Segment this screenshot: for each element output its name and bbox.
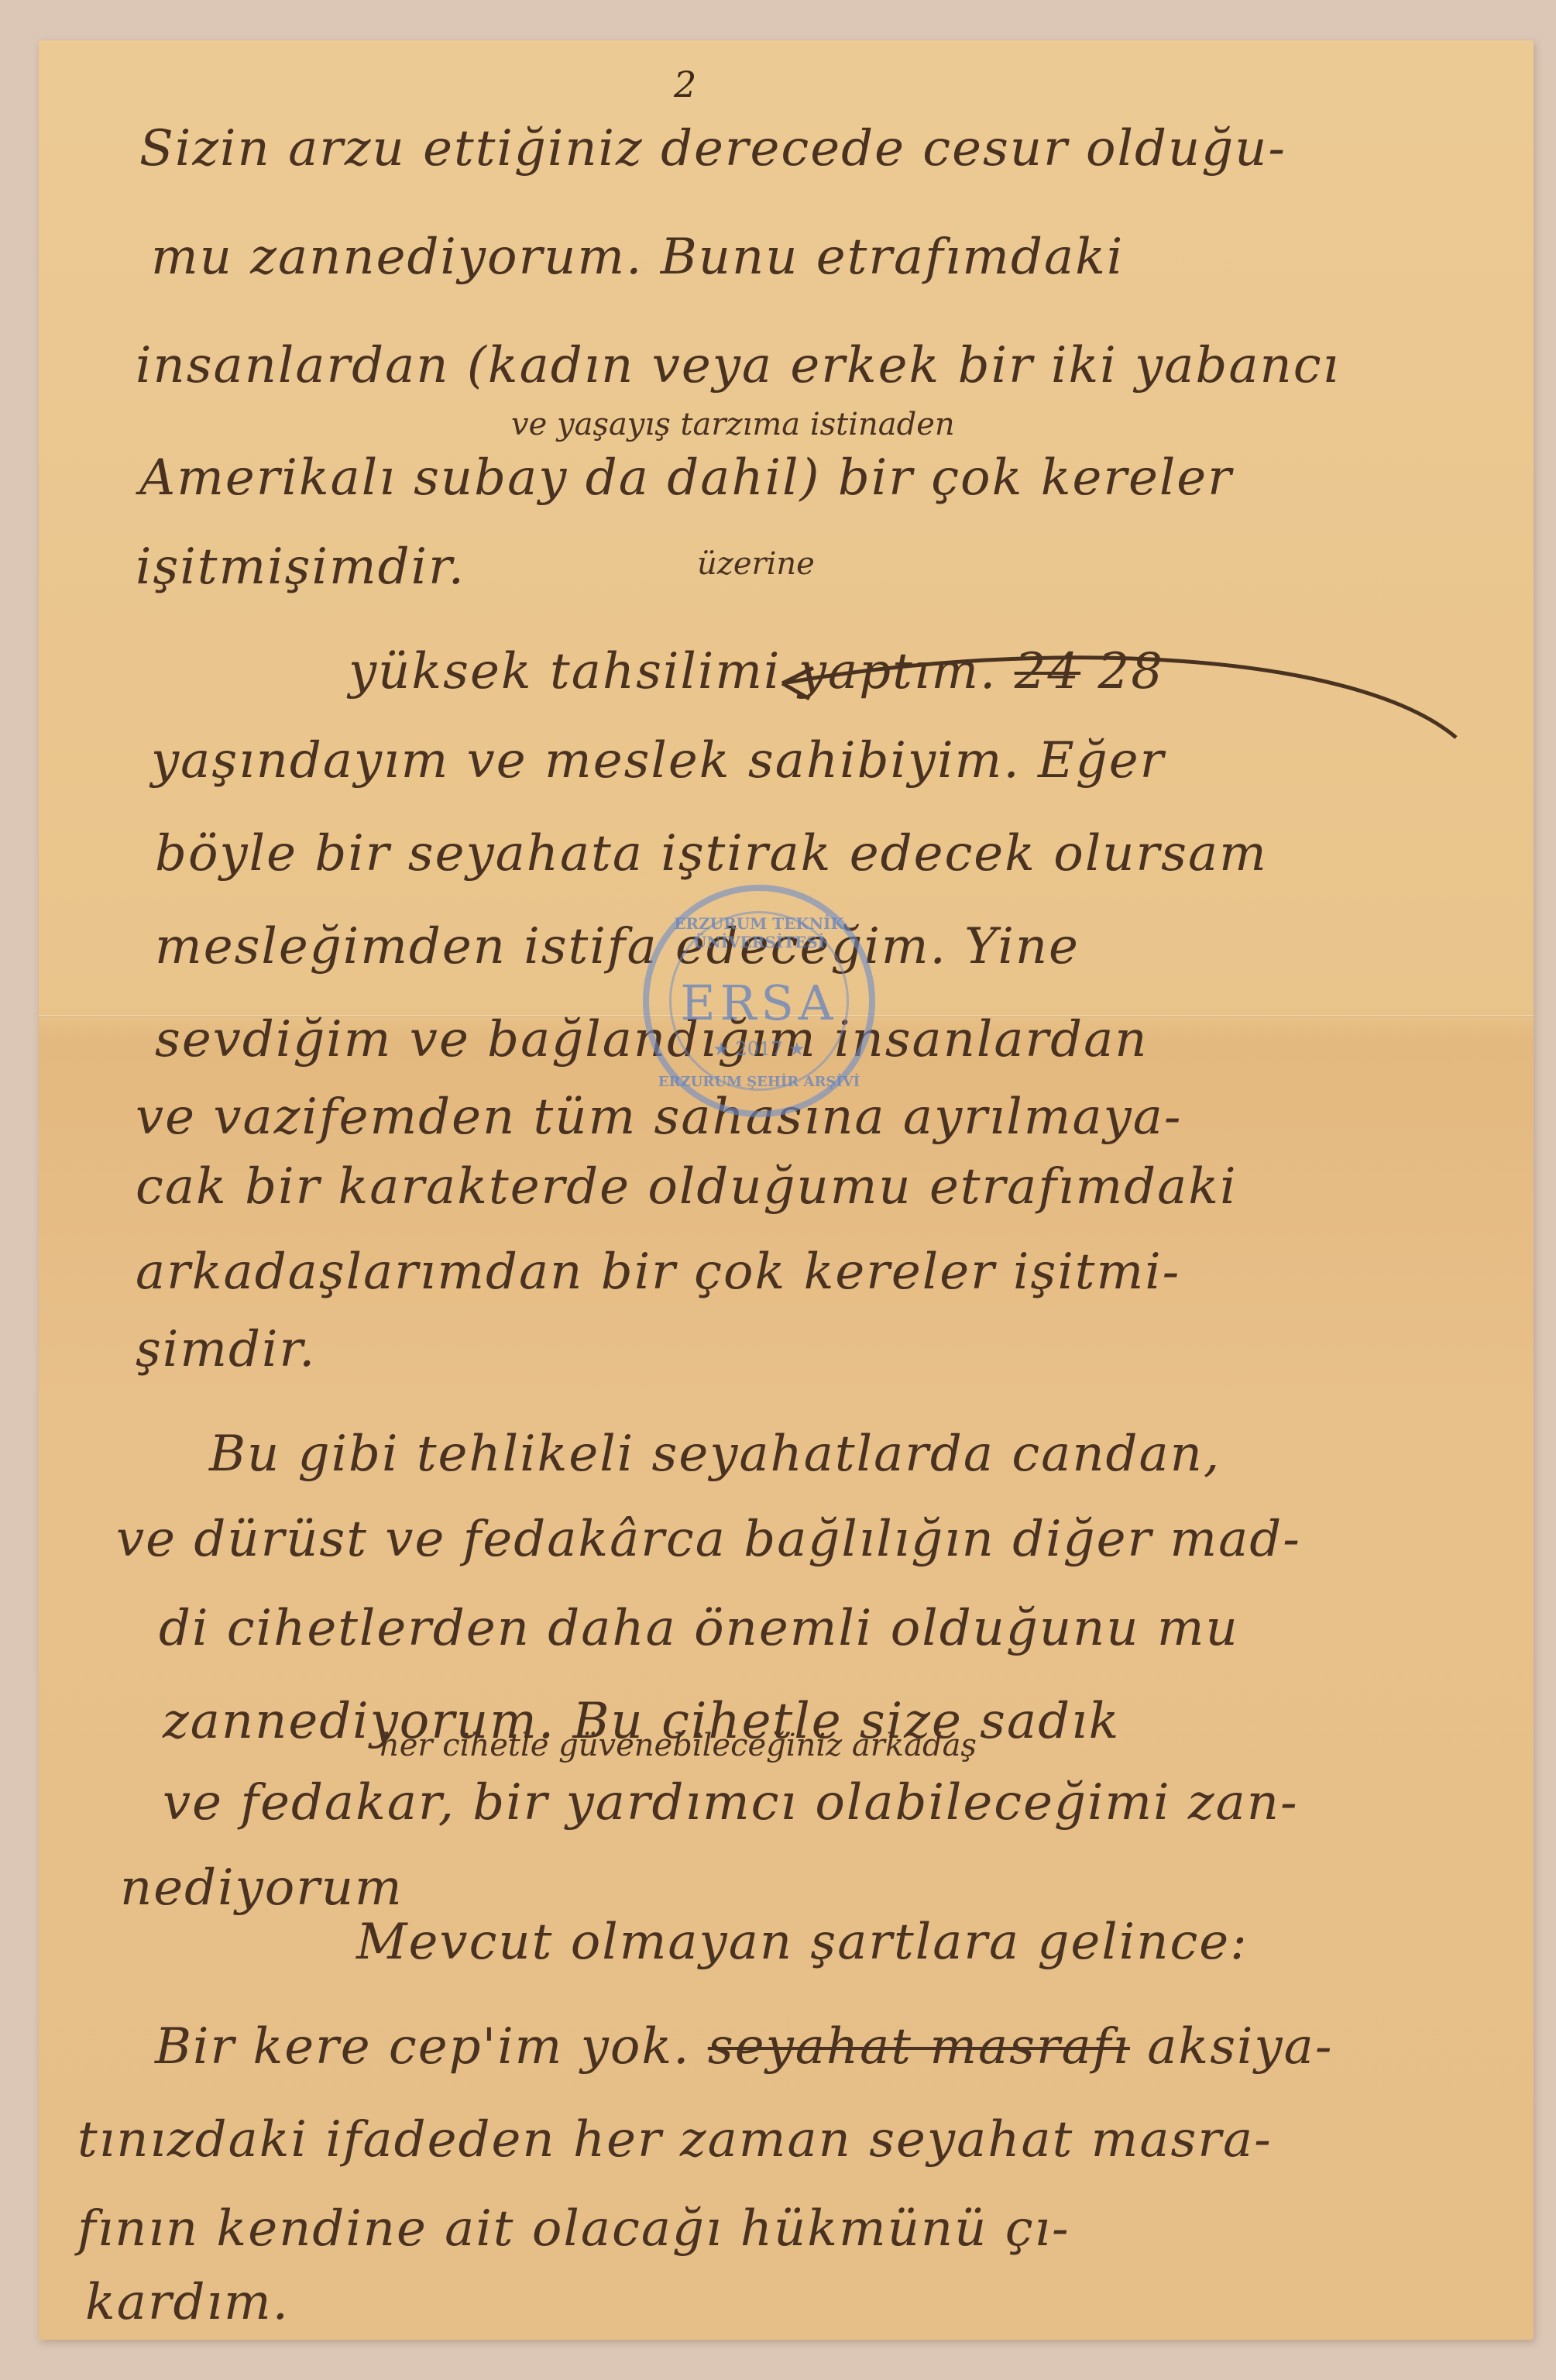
stamp-top-text: ERZURUM TEKNİK ÜNİVERSİTESİ bbox=[649, 914, 869, 951]
archive-stamp: ERZURUM TEKNİK ÜNİVERSİTESİ ERSA ★ 2017 … bbox=[643, 885, 875, 1117]
text-line: kardım. bbox=[85, 2274, 290, 2331]
text-line: böyle bir seyahata iştirak edecek olursa… bbox=[155, 825, 1268, 882]
text-line: ve fedakar, bir yardımcı olabileceğimi z… bbox=[163, 1774, 1299, 1831]
text-line: Bu gibi tehlikeli seyahatlarda candan, bbox=[209, 1426, 1221, 1483]
text-line: işitmişimdir. bbox=[136, 538, 465, 596]
text-line: tınızdaki ifadeden her zaman seyahat mas… bbox=[77, 2111, 1273, 2168]
text-line: nediyorum bbox=[120, 1859, 404, 1917]
stamp-bottom-text: ERZURUM ŞEHİR ARŞİVİ bbox=[649, 1074, 869, 1090]
text-insertion: her cihetle güvenebileceğiniz arkadaş bbox=[380, 1728, 977, 1763]
text-line: ve dürüst ve fedakârca bağlılığın diğer … bbox=[116, 1511, 1301, 1568]
text-line: Mevcut olmayan şartlara gelince: bbox=[356, 1914, 1249, 1971]
letter-page: 2 Sizin arzu ettiğiniz derecede cesur ol… bbox=[39, 40, 1534, 2340]
text-insertion: ve yaşayış tarzıma istinaden bbox=[511, 407, 955, 442]
insertion-arrow-icon bbox=[736, 637, 1472, 745]
text-line: arkadaşlarımdan bir çok kereler işitmi- bbox=[136, 1243, 1180, 1301]
text-line: mu zannediyorum. Bunu etrafımdaki bbox=[151, 229, 1124, 286]
stamp-year: ★ 2017 ★ bbox=[649, 1038, 869, 1060]
text-insertion: üzerine bbox=[697, 546, 815, 582]
page-number: 2 bbox=[674, 64, 696, 105]
text-line: ve vazifemden tüm sahasına ayrılmaya- bbox=[136, 1089, 1183, 1146]
text-line: Amerikalı subay da dahil) bir çok kerele… bbox=[139, 449, 1233, 507]
text-line: mesleğimden istifa edeceğim. Yine bbox=[155, 918, 1080, 975]
text-line: Bir kere cep'im yok. seyahat masrafı aks… bbox=[155, 2018, 1333, 2076]
stamp-title: ERSA bbox=[649, 975, 869, 1031]
text-line: fının kendine ait olacağı hükmünü çı- bbox=[77, 2200, 1070, 2258]
text-line: şimdir. bbox=[136, 1321, 316, 1378]
text-line: cak bir karakterde olduğumu etrafımdaki bbox=[136, 1158, 1238, 1216]
text-line: di cihetlerden daha önemli olduğunu mu bbox=[159, 1600, 1239, 1657]
text-line: Sizin arzu ettiğiniz derecede cesur oldu… bbox=[139, 120, 1286, 177]
text-line: insanlardan (kadın veya erkek bir iki ya… bbox=[136, 337, 1340, 394]
